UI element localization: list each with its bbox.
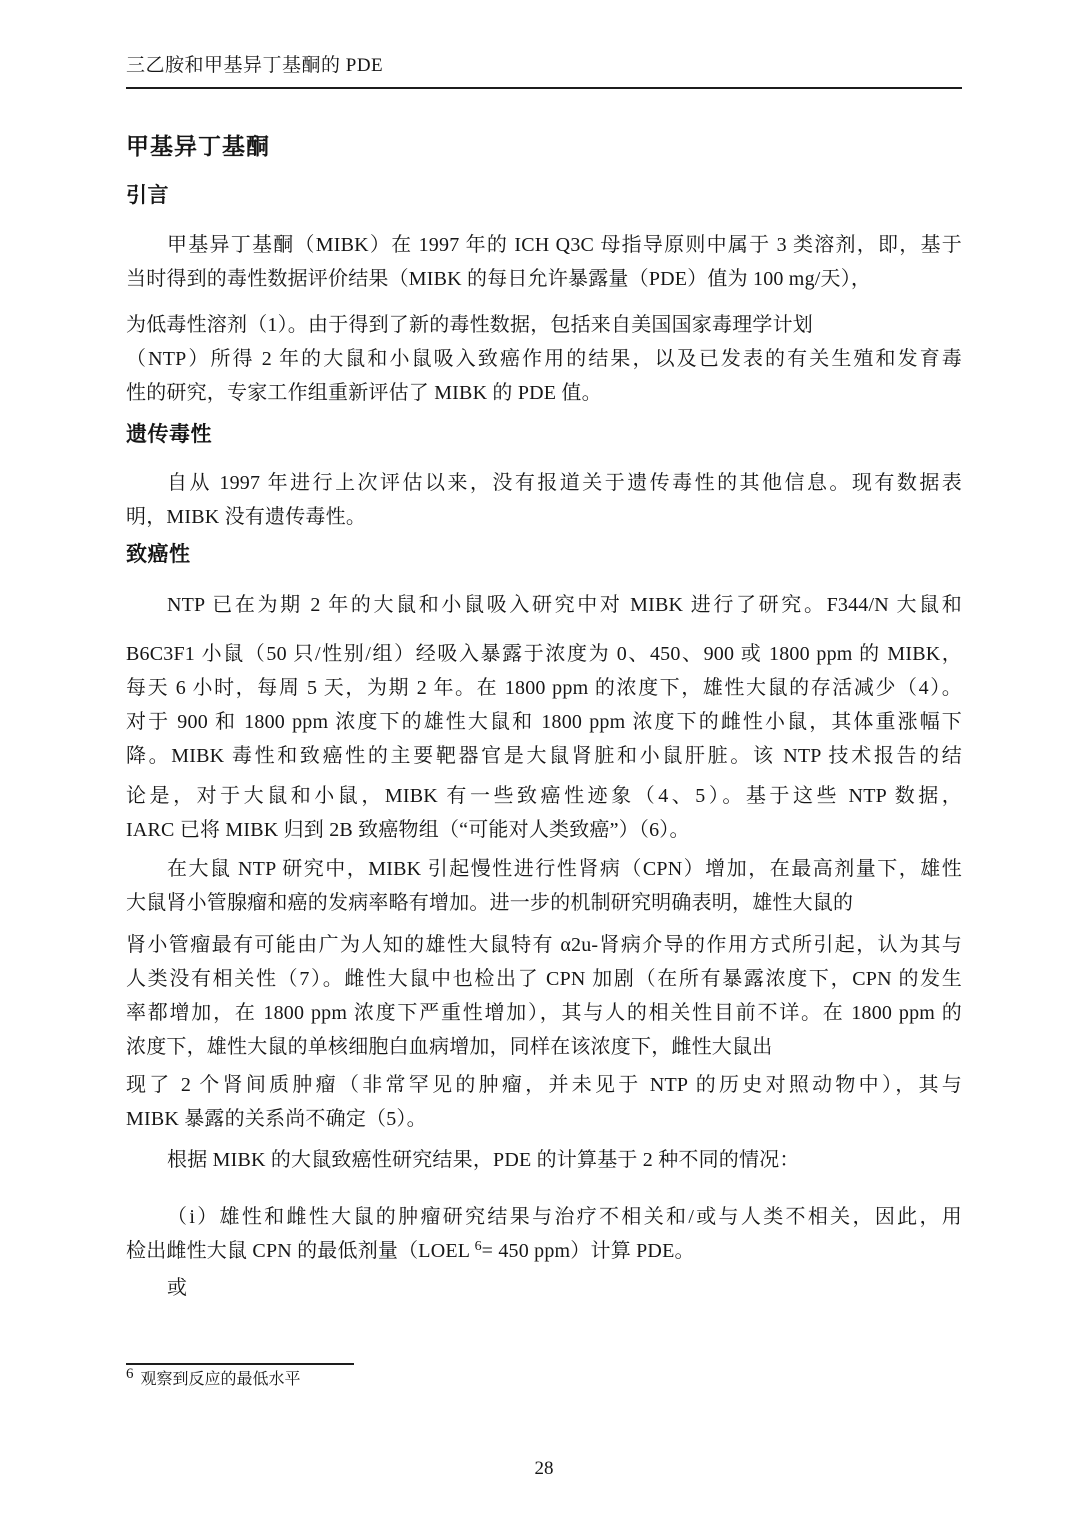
body-line: 对于 900 和 1800 ppm 浓度下的雄性大鼠和 1800 ppm 浓度下… xyxy=(126,705,962,739)
body-line: 为低毒性溶剂（1）。由于得到了新的毒性数据，包括来自美国国家毒理学计划 xyxy=(126,308,962,342)
paragraph-carc-2c: 现了 2 个肾间质肿瘤（非常罕见的肿瘤，并未见于 NTP 的历史对照动物中），其… xyxy=(126,1068,962,1136)
section-heading-genotoxicity: 遗传毒性 xyxy=(126,420,962,448)
paragraph-carc-1c: 论是，对于大鼠和小鼠，MIBK 有一些致癌性迹象（4、5）。基于这些 NTP 数… xyxy=(126,779,962,847)
paragraph-or: 或 xyxy=(126,1271,962,1305)
document-page: 三乙胺和甲基异丁基酮的 PDE 甲基异丁基酮 引言 甲基异丁基酮（MIBK）在 … xyxy=(0,0,1080,1527)
section-heading-intro: 引言 xyxy=(126,181,962,209)
body-line: 浓度下，雄性大鼠的单核细胞白血病增加，同样在该浓度下，雌性大鼠出 xyxy=(126,1030,962,1064)
text-run: 检出雌性大鼠 CPN 的最低剂量（LOEL xyxy=(126,1240,475,1262)
body-line: 明，MIBK 没有遗传毒性。 xyxy=(126,500,962,534)
body-line: 当时得到的毒性数据评价结果（MIBK 的每日允许暴露量（PDE）值为 100 m… xyxy=(126,262,962,296)
paragraph-genotoxicity: 自从 1997 年进行上次评估以来，没有报道关于遗传毒性的其他信息。现有数据表 … xyxy=(126,466,962,534)
section-heading-carcinogenicity: 致癌性 xyxy=(126,540,962,568)
page-number: 28 xyxy=(126,1457,962,1481)
footnote-marker: 6 xyxy=(126,1366,134,1382)
footnote-ref-6: 6 xyxy=(475,1239,482,1254)
paragraph-pde-cases: 根据 MIBK 的大鼠致癌性研究结果，PDE 的计算基于 2 种不同的情况： xyxy=(126,1143,962,1177)
body-line: 现了 2 个肾间质肿瘤（非常罕见的肿瘤，并未见于 NTP 的历史对照动物中），其… xyxy=(126,1068,962,1102)
body-line: 每天 6 小时，每周 5 天，为期 2 年。在 1800 ppm 的浓度下，雄性… xyxy=(126,671,962,705)
body-line: MIBK 暴露的关系尚不确定（5）。 xyxy=(126,1102,962,1136)
paragraph-carc-1b: B6C3F1 小鼠（50 只/性别/组）经吸入暴露于浓度为 0、450、900 … xyxy=(126,637,962,773)
footnote-body: 观察到反应的最低水平 xyxy=(141,1371,301,1388)
body-line: 大鼠肾小管腺瘤和癌的发病率略有增加。进一步的机制研究明确表明，雄性大鼠的 xyxy=(126,886,962,920)
body-line: 肾小管瘤最有可能由广为人知的雄性大鼠特有 α2u-肾病介导的作用方式所引起，认为… xyxy=(126,928,962,962)
paragraph-carc-2b: 肾小管瘤最有可能由广为人知的雄性大鼠特有 α2u-肾病介导的作用方式所引起，认为… xyxy=(126,928,962,1064)
body-line: 论是，对于大鼠和小鼠，MIBK 有一些致癌性迹象（4、5）。基于这些 NTP 数… xyxy=(126,779,962,813)
body-line: 自从 1997 年进行上次评估以来，没有报道关于遗传毒性的其他信息。现有数据表 xyxy=(126,466,962,500)
body-line: B6C3F1 小鼠（50 只/性别/组）经吸入暴露于浓度为 0、450、900 … xyxy=(126,637,962,671)
body-line: 根据 MIBK 的大鼠致癌性研究结果，PDE 的计算基于 2 种不同的情况： xyxy=(126,1143,962,1177)
running-header: 三乙胺和甲基异丁基酮的 PDE xyxy=(126,54,962,89)
paragraph-carc-1a: NTP 已在为期 2 年的大鼠和小鼠吸入研究中对 MIBK 进行了研究。F344… xyxy=(126,588,962,622)
doc-title: 甲基异丁基酮 xyxy=(126,132,962,162)
footnote-text: 6观察到反应的最低水平 xyxy=(126,1369,962,1391)
body-line: 检出雌性大鼠 CPN 的最低剂量（LOEL 6= 450 ppm）计算 PDE。 xyxy=(126,1234,962,1271)
text-run: = 450 ppm）计算 PDE。 xyxy=(482,1240,695,1262)
paragraph-carc-2a: 在大鼠 NTP 研究中，MIBK 引起慢性进行性肾病（CPN）增加，在最高剂量下… xyxy=(126,852,962,920)
body-line: （i）雄性和雌性大鼠的肿瘤研究结果与治疗不相关和/或与人类不相关，因此，用 xyxy=(126,1200,962,1234)
body-line: 人类没有相关性（7）。雌性大鼠中也检出了 CPN 加剧（在所有暴露浓度下，CPN… xyxy=(126,962,962,996)
paragraph-intro-2: 为低毒性溶剂（1）。由于得到了新的毒性数据，包括来自美国国家毒理学计划 （NTP… xyxy=(126,308,962,410)
body-line: 率都增加，在 1800 ppm 浓度下严重性增加），其与人的相关性目前不详。在 … xyxy=(126,996,962,1030)
footnote: 6观察到反应的最低水平 xyxy=(126,1363,962,1391)
body-line: 降。MIBK 毒性和致癌性的主要靶器官是大鼠肾脏和小鼠肝脏。该 NTP 技术报告… xyxy=(126,739,962,773)
body-line: NTP 已在为期 2 年的大鼠和小鼠吸入研究中对 MIBK 进行了研究。F344… xyxy=(126,588,962,622)
footnote-divider xyxy=(126,1363,354,1365)
paragraph-case-i: （i）雄性和雌性大鼠的肿瘤研究结果与治疗不相关和/或与人类不相关，因此，用 检出… xyxy=(126,1200,962,1271)
paragraph-intro-1: 甲基异丁基酮（MIBK）在 1997 年的 ICH Q3C 母指导原则中属于 3… xyxy=(126,228,962,296)
body-line: 性的研究，专家工作组重新评估了 MIBK 的 PDE 值。 xyxy=(126,376,962,410)
body-line: IARC 已将 MIBK 归到 2B 致癌物组（“可能对人类致癌”）（6）。 xyxy=(126,813,962,847)
body-line: 甲基异丁基酮（MIBK）在 1997 年的 ICH Q3C 母指导原则中属于 3… xyxy=(126,228,962,262)
body-line: 在大鼠 NTP 研究中，MIBK 引起慢性进行性肾病（CPN）增加，在最高剂量下… xyxy=(126,852,962,886)
body-line: 或 xyxy=(126,1271,962,1305)
body-line: （NTP）所得 2 年的大鼠和小鼠吸入致癌作用的结果，以及已发表的有关生殖和发育… xyxy=(126,342,962,376)
